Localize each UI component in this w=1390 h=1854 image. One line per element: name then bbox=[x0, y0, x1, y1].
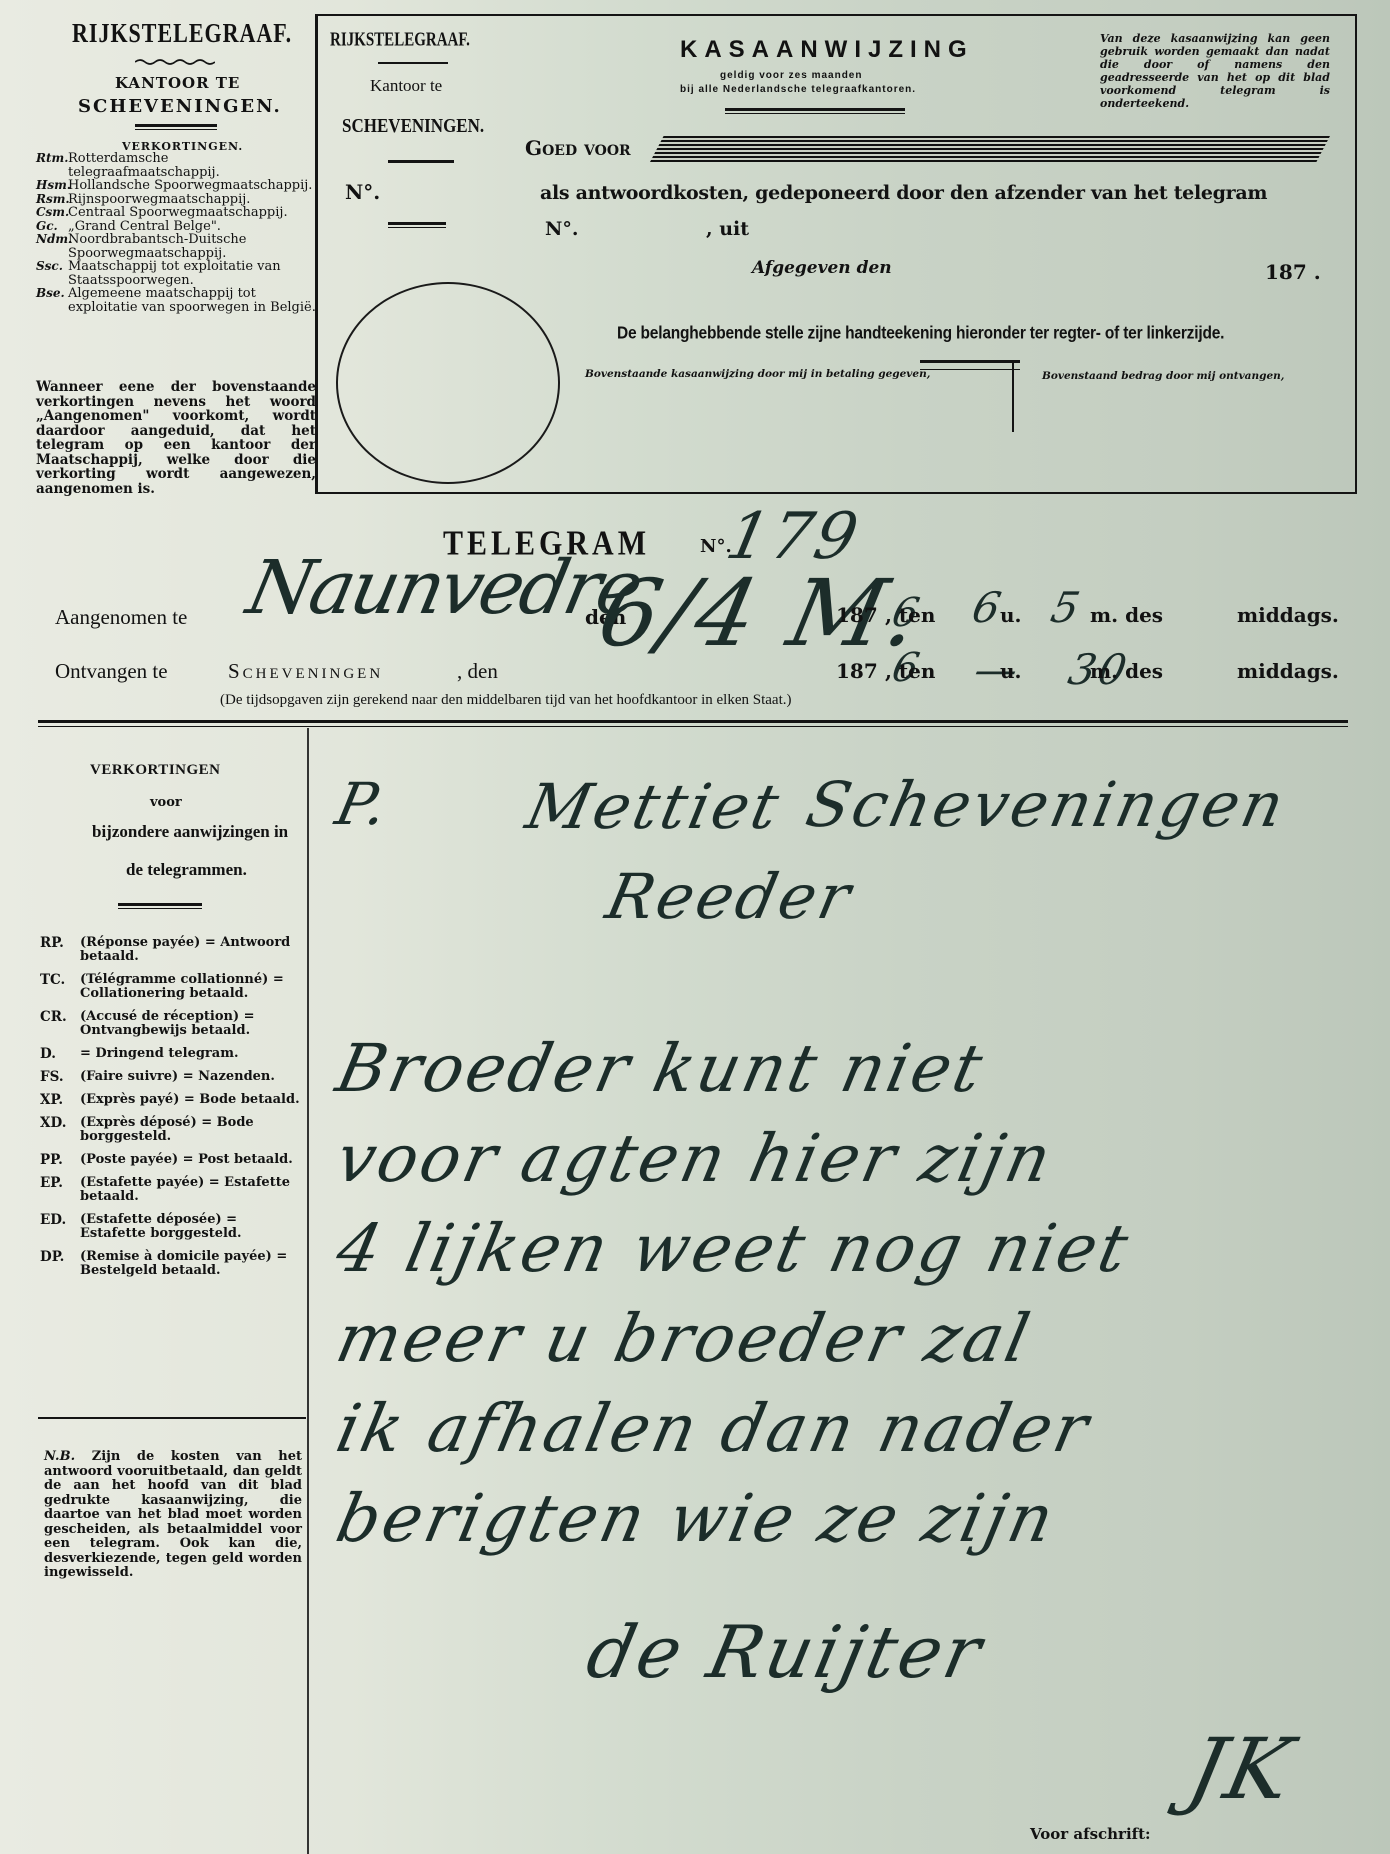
code-meaning: (Exprès payé) = Bode betaald. bbox=[80, 1093, 302, 1107]
code-meaning: (Remise à domicile payée) = Bestelgeld b… bbox=[80, 1250, 302, 1278]
u-label-1: u. bbox=[1000, 603, 1022, 627]
abbreviation-item: Ssc.Maatschappij tot exploitatie van Sta… bbox=[36, 260, 316, 287]
code-key: DP. bbox=[40, 1250, 80, 1278]
code-key: XP. bbox=[40, 1093, 80, 1107]
kas-subtitle-2: bij alle Nederlandsche telegraafkantoren… bbox=[680, 84, 916, 95]
code-item: RP.(Réponse payée) = Antwoord betaald. bbox=[40, 936, 302, 964]
abbreviation-code: Ssc. bbox=[36, 260, 68, 287]
code-key: EP. bbox=[40, 1176, 80, 1204]
codes-subheading-1: bijzondere aanwijzingen in bbox=[92, 822, 288, 842]
u-label-2: u. bbox=[1000, 659, 1022, 683]
code-meaning: (Estafette déposée) = Estafette borggest… bbox=[80, 1213, 302, 1241]
abbreviation-code: Rsm. bbox=[36, 193, 68, 207]
left-caption: Bovenstaande kasaanwijzing door mij in b… bbox=[585, 368, 930, 380]
abbreviation-code: Bse. bbox=[36, 287, 68, 314]
abbreviation-list: Rtm.Rotterdamsche telegraafmaatschappij.… bbox=[36, 152, 316, 314]
message-line: ik afhalen dan nader bbox=[330, 1390, 1098, 1467]
code-item: D.= Dringend telegram. bbox=[40, 1047, 302, 1061]
code-key: XD. bbox=[40, 1116, 80, 1144]
abbreviation-code: Gc. bbox=[36, 220, 68, 234]
nb-label: N.B. bbox=[44, 1449, 75, 1464]
abbrev-note: Wanneer eene der bovenstaande verkorting… bbox=[36, 380, 316, 496]
office-label: KANTOOR TE bbox=[115, 74, 240, 92]
time-accepted: 6 5 bbox=[968, 583, 1087, 632]
abbreviation-item: Hsm.Hollandsche Spoorwegmaatschappij. bbox=[36, 179, 316, 193]
addressee-place: Scheveningen bbox=[800, 768, 1293, 841]
year-prefix-2: 187 bbox=[836, 659, 878, 683]
header-rule bbox=[38, 720, 1348, 727]
codes-heading: VERKORTINGEN bbox=[90, 762, 221, 779]
minutes-1: 5 bbox=[1047, 583, 1087, 632]
abbreviation-item: Gc.„Grand Central Belge". bbox=[36, 220, 316, 234]
divider bbox=[378, 62, 448, 64]
code-key: FS. bbox=[40, 1070, 80, 1084]
codes-list: RP.(Réponse payée) = Antwoord betaald.TC… bbox=[40, 936, 302, 1287]
code-meaning: (Exprès déposé) = Bode borggesteld. bbox=[80, 1116, 302, 1144]
kas-number-label: N°. bbox=[345, 180, 380, 204]
kas-title: KASAANWIJZING bbox=[680, 36, 974, 64]
message-line: 4 lijken weet nog niet bbox=[330, 1210, 1137, 1287]
addressee-name: Mettiet bbox=[520, 770, 788, 843]
divider bbox=[388, 222, 446, 228]
wave-divider bbox=[135, 58, 215, 66]
abbreviation-item: Rsm.Rijnspoorwegmaatschappij. bbox=[36, 193, 316, 207]
divider bbox=[388, 160, 454, 163]
code-key: PP. bbox=[40, 1153, 80, 1167]
code-meaning: (Estafette payée) = Estafette betaald. bbox=[80, 1176, 302, 1204]
clerk-initials: JK bbox=[1180, 1720, 1303, 1818]
code-meaning: (Accusé de réception) = Ontvangbewijs be… bbox=[80, 1010, 302, 1038]
code-meaning: = Dringend telegram. bbox=[80, 1047, 302, 1061]
abbreviation-text: „Grand Central Belge". bbox=[68, 220, 316, 234]
abbreviation-code: Hsm. bbox=[36, 179, 68, 193]
code-item: TC.(Télégramme collationné) = Collatione… bbox=[40, 973, 302, 1001]
abbreviation-text: Hollandsche Spoorwegmaatschappij. bbox=[68, 179, 316, 193]
divider bbox=[118, 903, 202, 909]
abbreviation-text: Centraal Spoorwegmaatschappij. bbox=[68, 206, 316, 220]
addressee-prefix: P. bbox=[330, 770, 396, 838]
signature-instruction: De belanghebbende stelle zijne handteeke… bbox=[617, 324, 1224, 345]
codes-voor: voor bbox=[150, 795, 182, 810]
middags-label-2: middags. bbox=[1237, 659, 1339, 683]
m-des-label-2: m. des bbox=[1090, 659, 1163, 683]
sender-signature: de Ruijter bbox=[580, 1610, 991, 1694]
t-divider bbox=[920, 360, 1020, 370]
kas-subtitle-1: geldig voor zes maanden bbox=[720, 70, 862, 81]
abbreviation-code: Csm. bbox=[36, 206, 68, 220]
ten-label-1: , ten bbox=[885, 603, 935, 627]
time-note: (De tijdsopgaven zijn gerekend naar den … bbox=[220, 692, 791, 709]
code-item: DP.(Remise à domicile payée) = Bestelgel… bbox=[40, 1250, 302, 1278]
right-caption: Bovenstaand bedrag door mij ontvangen, bbox=[1042, 370, 1284, 382]
column-divider bbox=[307, 728, 309, 1854]
middags-label-1: middags. bbox=[1237, 603, 1339, 627]
abbreviation-text: Rotterdamsche telegraafmaatschappij. bbox=[68, 152, 316, 179]
t-divider-stem bbox=[1012, 362, 1014, 432]
goed-voor-label: Goed voor bbox=[525, 136, 631, 160]
code-key: TC. bbox=[40, 973, 80, 1001]
received-den: , den bbox=[457, 659, 498, 684]
ten-label-2: , ten bbox=[885, 659, 935, 683]
abbreviation-text: Rijnspoorwegmaatschappij. bbox=[68, 193, 316, 207]
office-place: SCHEVENINGEN. bbox=[78, 96, 282, 117]
code-item: XD.(Exprès déposé) = Bode borggesteld. bbox=[40, 1116, 302, 1144]
abbreviation-text: Maatschappij tot exploitatie van Staatss… bbox=[68, 260, 316, 287]
m-des-label-1: m. des bbox=[1090, 603, 1163, 627]
code-key: ED. bbox=[40, 1213, 80, 1241]
addressee-title: Reeder bbox=[600, 860, 860, 933]
code-item: ED.(Estafette déposée) = Estafette borgg… bbox=[40, 1213, 302, 1241]
code-item: XP.(Exprès payé) = Bode betaald. bbox=[40, 1093, 302, 1107]
divider bbox=[38, 1417, 306, 1419]
divider bbox=[725, 108, 905, 114]
accepted-label: Aangenomen te bbox=[55, 605, 187, 630]
kas-office-label: Kantoor te bbox=[370, 76, 442, 96]
afgegeven-label: Afgegeven den bbox=[752, 258, 892, 278]
abbreviation-item: Csm.Centraal Spoorwegmaatschappij. bbox=[36, 206, 316, 220]
abbreviation-code: Rtm. bbox=[36, 152, 68, 179]
code-key: RP. bbox=[40, 936, 80, 964]
org-title: RIJKSTELEGRAAF. bbox=[72, 17, 292, 50]
copy-label: Voor afschrift: bbox=[1030, 1825, 1151, 1843]
nb-text: Zijn de kosten van het antwoord vooruitb… bbox=[44, 1449, 302, 1580]
code-meaning: (Poste payée) = Post betaald. bbox=[80, 1153, 302, 1167]
kas-uit-label: , uit bbox=[706, 218, 749, 240]
code-meaning: (Faire suivre) = Nazenden. bbox=[80, 1070, 302, 1084]
divider bbox=[135, 124, 217, 130]
message-line: meer u broeder zal bbox=[330, 1300, 1039, 1377]
amount-bar bbox=[650, 136, 1330, 162]
message-line: Broeder kunt niet bbox=[330, 1030, 992, 1107]
codes-subheading-2: de telegrammen. bbox=[126, 860, 247, 880]
received-label: Ontvangen te bbox=[55, 659, 168, 684]
kas-deposit-line: als antwoordkosten, gedeponeerd door den… bbox=[540, 182, 1267, 204]
stamp-circle bbox=[336, 282, 560, 484]
message-line: berigten wie ze zijn bbox=[330, 1480, 1063, 1557]
code-item: CR.(Accusé de réception) = Ontvangbewijs… bbox=[40, 1010, 302, 1038]
abbreviation-item: Rtm.Rotterdamsche telegraafmaatschappij. bbox=[36, 152, 316, 179]
kas-side-note: Van deze kasaanwijzing kan geen gebruik … bbox=[1100, 32, 1330, 110]
abbreviation-text: Algemeene maatschappij tot exploitatie v… bbox=[68, 287, 316, 314]
year-prefix-1: 187 bbox=[836, 603, 878, 627]
code-meaning: (Réponse payée) = Antwoord betaald. bbox=[80, 936, 302, 964]
nb-note: N.B. Zijn de kosten van het antwoord voo… bbox=[44, 1450, 302, 1581]
code-item: EP.(Estafette payée) = Estafette betaald… bbox=[40, 1176, 302, 1204]
code-item: FS.(Faire suivre) = Nazenden. bbox=[40, 1070, 302, 1084]
abbreviation-code: Ndm. bbox=[36, 233, 68, 260]
code-key: CR. bbox=[40, 1010, 80, 1038]
kas-org: RIJKSTELEGRAAF. bbox=[330, 30, 470, 52]
message-line: voor agten hier zijn bbox=[330, 1120, 1060, 1197]
code-meaning: (Télégramme collationné) = Collationerin… bbox=[80, 973, 302, 1001]
abbreviation-item: Ndm.Noordbrabantsch-Duitsche Spoorwegmaa… bbox=[36, 233, 316, 260]
kas-office-place: SCHEVENINGEN. bbox=[342, 114, 484, 138]
received-place: Scheveningen bbox=[228, 659, 383, 684]
code-key: D. bbox=[40, 1047, 80, 1061]
kas-number-label-2: N°. bbox=[545, 218, 578, 240]
date-value: 6/4 M. bbox=[590, 560, 932, 667]
code-item: PP.(Poste payée) = Post betaald. bbox=[40, 1153, 302, 1167]
abbreviation-item: Bse.Algemeene maatschappij tot exploitat… bbox=[36, 287, 316, 314]
kas-year: 187 . bbox=[1265, 260, 1321, 284]
abbreviation-text: Noordbrabantsch-Duitsche Spoorwegmaatsch… bbox=[68, 233, 316, 260]
